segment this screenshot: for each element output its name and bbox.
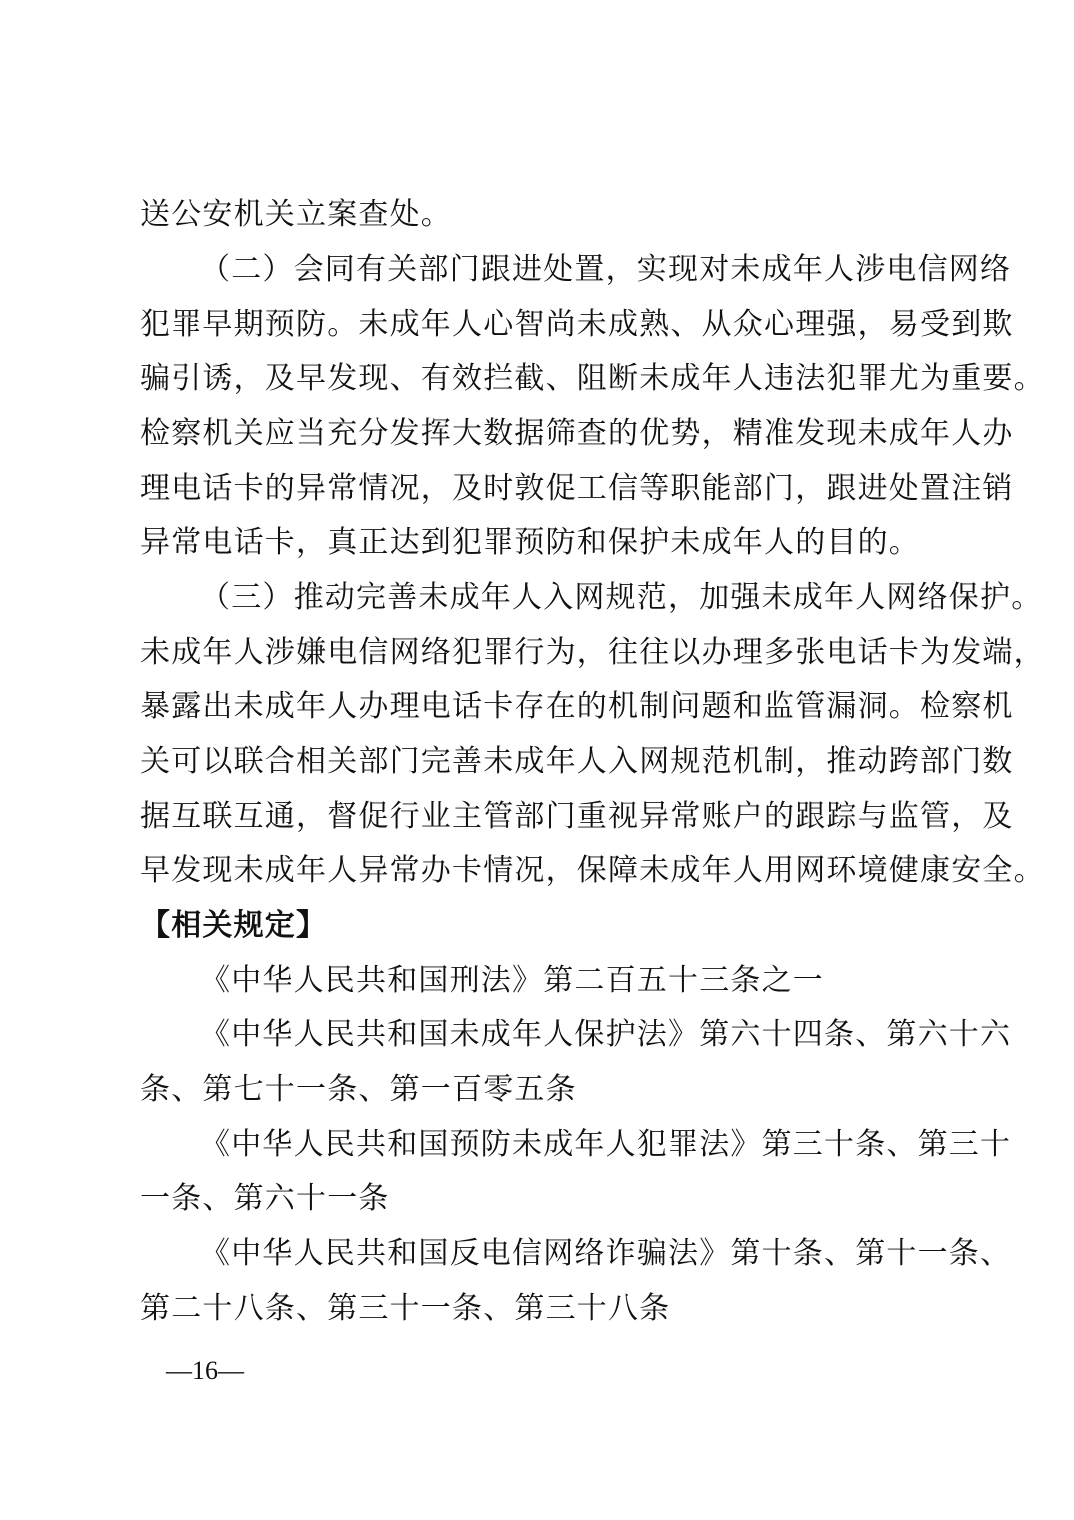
regulation-line: 《中华人民共和国未成年人保护法》第六十四条、第六十六 — [200, 1015, 940, 1055]
paragraph-line: （二）会同有关部门跟进处置，实现对未成年人涉电信网络 — [200, 250, 940, 290]
paragraph-line: （三）推动完善未成年人入网规范，加强未成年人网络保护。 — [200, 578, 940, 618]
paragraph-line: 骗引诱，及早发现、有效拦截、阻断未成年人违法犯罪尤为重要。 — [140, 359, 940, 399]
regulation-line: 《中华人民共和国反电信网络诈骗法》第十条、第十一条、 — [200, 1234, 940, 1274]
document-page: 送公安机关立案查处。 （二）会同有关部门跟进处置，实现对未成年人涉电信网络 犯罪… — [0, 0, 1074, 1520]
page-number: —16— — [166, 1356, 244, 1386]
regulation-line: 条、第七十一条、第一百零五条 — [140, 1070, 940, 1110]
paragraph-line: 据互联互通，督促行业主管部门重视异常账户的跟踪与监管，及 — [140, 797, 940, 837]
paragraph-line: 未成年人涉嫌电信网络犯罪行为，往往以办理多张电话卡为发端， — [140, 633, 940, 673]
paragraph-line: 暴露出未成年人办理电话卡存在的机制问题和监管漏洞。检察机 — [140, 687, 940, 727]
regulation-line: 第二十八条、第三十一条、第三十八条 — [140, 1289, 940, 1329]
paragraph-line: 检察机关应当充分发挥大数据筛查的优势，精准发现未成年人办 — [140, 414, 940, 454]
paragraph-line: 关可以联合相关部门完善未成年人入网规范机制，推动跨部门数 — [140, 742, 940, 782]
regulation-line: 《中华人民共和国刑法》第二百五十三条之一 — [200, 961, 940, 1001]
regulation-line: 一条、第六十一条 — [140, 1179, 940, 1219]
paragraph-line: 送公安机关立案查处。 — [140, 195, 940, 235]
section-heading: 【相关规定】 — [140, 906, 940, 946]
paragraph-line: 犯罪早期预防。未成年人心智尚未成熟、从众心理强，易受到欺 — [140, 305, 940, 345]
regulation-line: 《中华人民共和国预防未成年人犯罪法》第三十条、第三十 — [200, 1125, 940, 1165]
paragraph-line: 异常电话卡，真正达到犯罪预防和保护未成年人的目的。 — [140, 523, 940, 563]
paragraph-line: 早发现未成年人异常办卡情况，保障未成年人用网环境健康安全。 — [140, 851, 940, 891]
paragraph-line: 理电话卡的异常情况，及时敦促工信等职能部门，跟进处置注销 — [140, 469, 940, 509]
